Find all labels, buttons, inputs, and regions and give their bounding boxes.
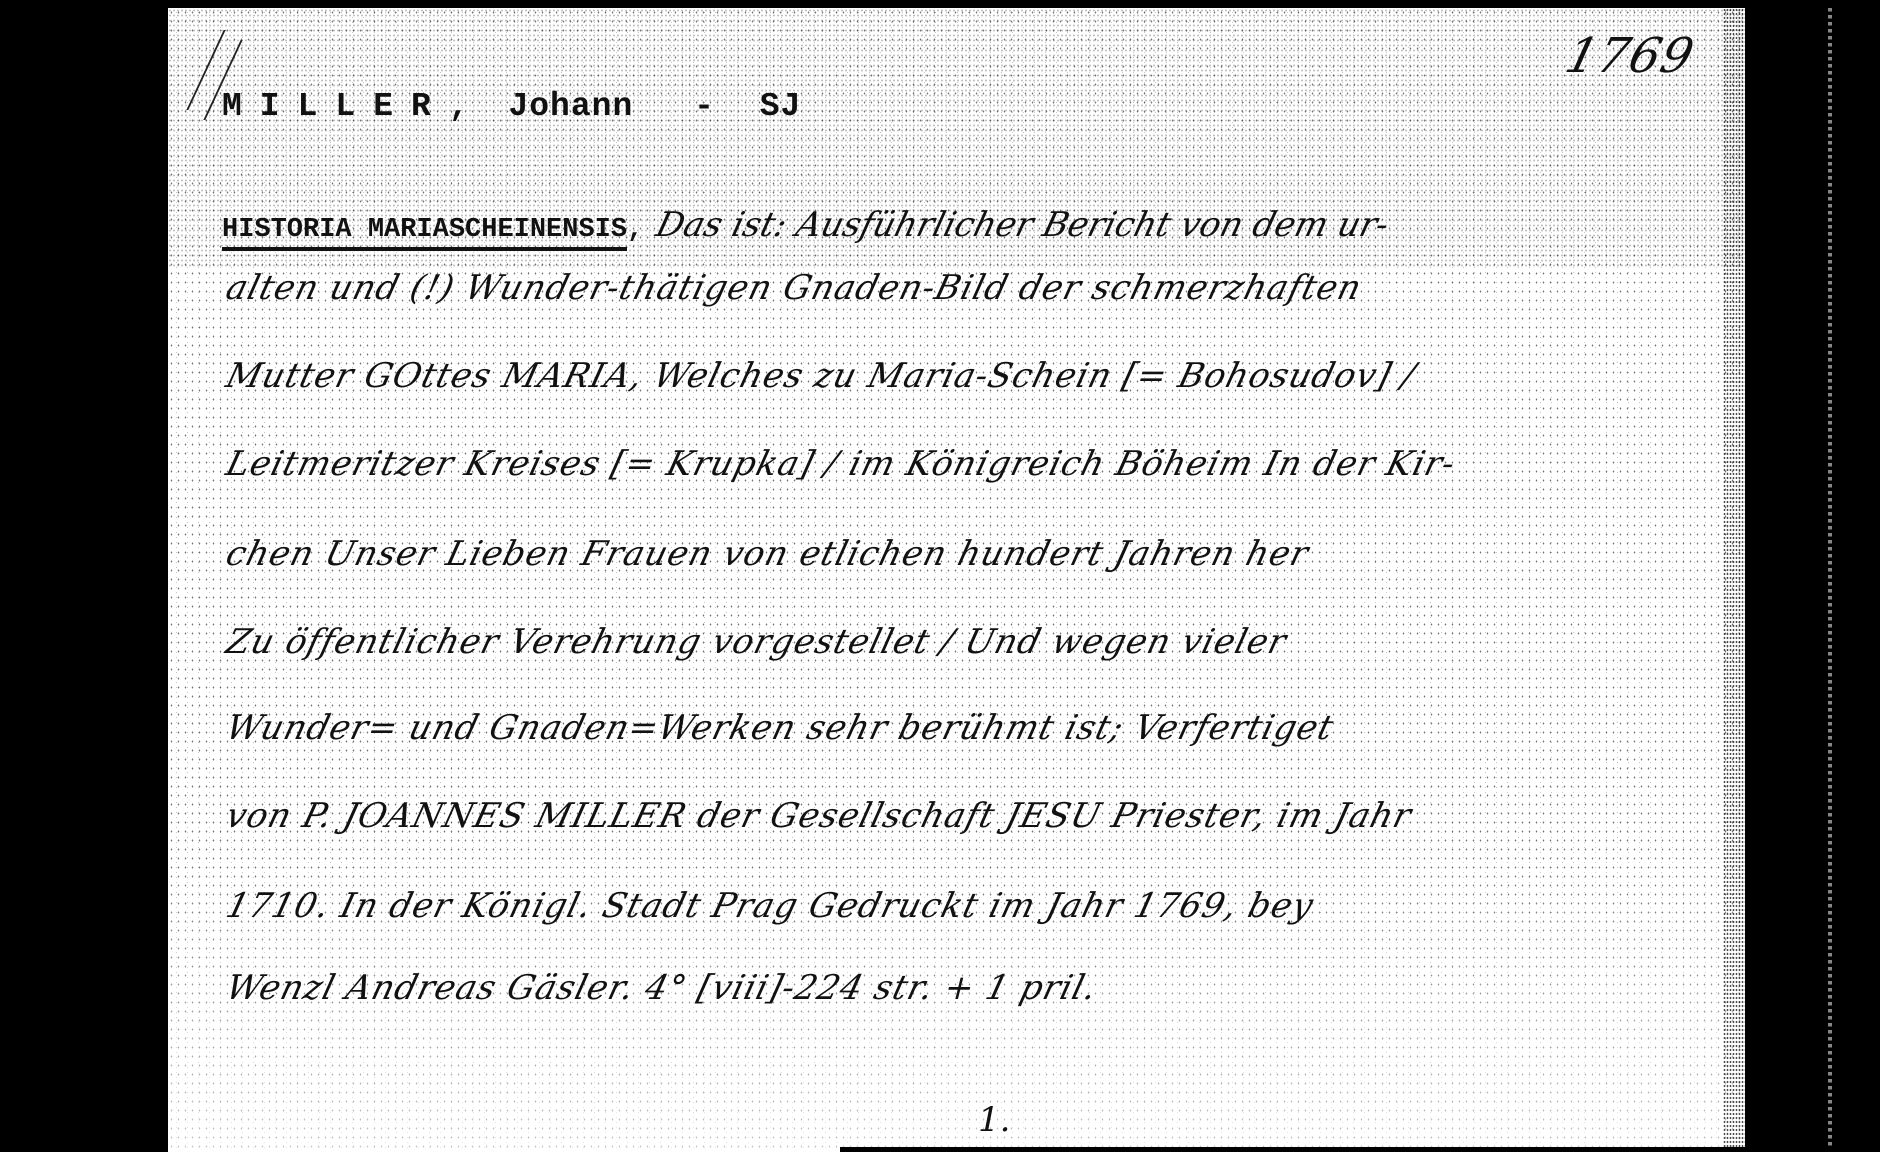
author-order: SJ xyxy=(760,88,802,125)
title-line: HISTORIA MARIASCHEINENSIS, Das ist: Ausf… xyxy=(222,205,1388,245)
handwritten-line: von P. JOANNES MILLER der Gesellschaft J… xyxy=(222,796,1416,836)
handwritten-line: Wenzl Andreas Gäsler. 4° [viii]-224 str.… xyxy=(222,968,1101,1008)
handwritten-line: 1710. In der Königl. Stadt Prag Gedruckt… xyxy=(222,886,1318,926)
page-sequence-number: 1. xyxy=(978,1100,1010,1140)
title-comma: , xyxy=(627,215,643,245)
handwritten-line: alten und (!) Wunder-thätigen Gnaden-Bil… xyxy=(222,268,1366,308)
card-heading: MILLER, Johann - SJ xyxy=(222,88,801,125)
author-given-name: Johann xyxy=(508,88,633,125)
author-surname: MILLER xyxy=(222,88,449,125)
handwritten-line: chen Unser Lieben Frauen von etlichen hu… xyxy=(222,534,1313,574)
handwritten-line: Leitmeritzer Kreises [= Krupka] / im Kön… xyxy=(222,444,1460,484)
catalog-number: 1769 xyxy=(1560,28,1700,84)
card-edge xyxy=(1723,8,1745,1152)
handwritten-line: Das ist: Ausführlicher Bericht von dem u… xyxy=(652,205,1393,245)
title-text: HISTORIA MARIASCHEINENSIS xyxy=(222,215,627,245)
title-typed: HISTORIA MARIASCHEINENSIS xyxy=(222,215,627,251)
heading-dash: - xyxy=(694,88,715,125)
handwritten-line: Mutter GOttes MARIA, Welches zu Maria-Sc… xyxy=(222,356,1420,396)
scan-edge-line xyxy=(840,1147,1745,1152)
scan-artifact-strip xyxy=(1828,8,1832,1148)
handwritten-line: Zu öffentlicher Verehrung vorgestellet /… xyxy=(222,622,1291,662)
heading-separator: , xyxy=(449,88,470,125)
handwritten-line: Wunder= und Gnaden=Werken sehr berühmt i… xyxy=(222,708,1338,748)
